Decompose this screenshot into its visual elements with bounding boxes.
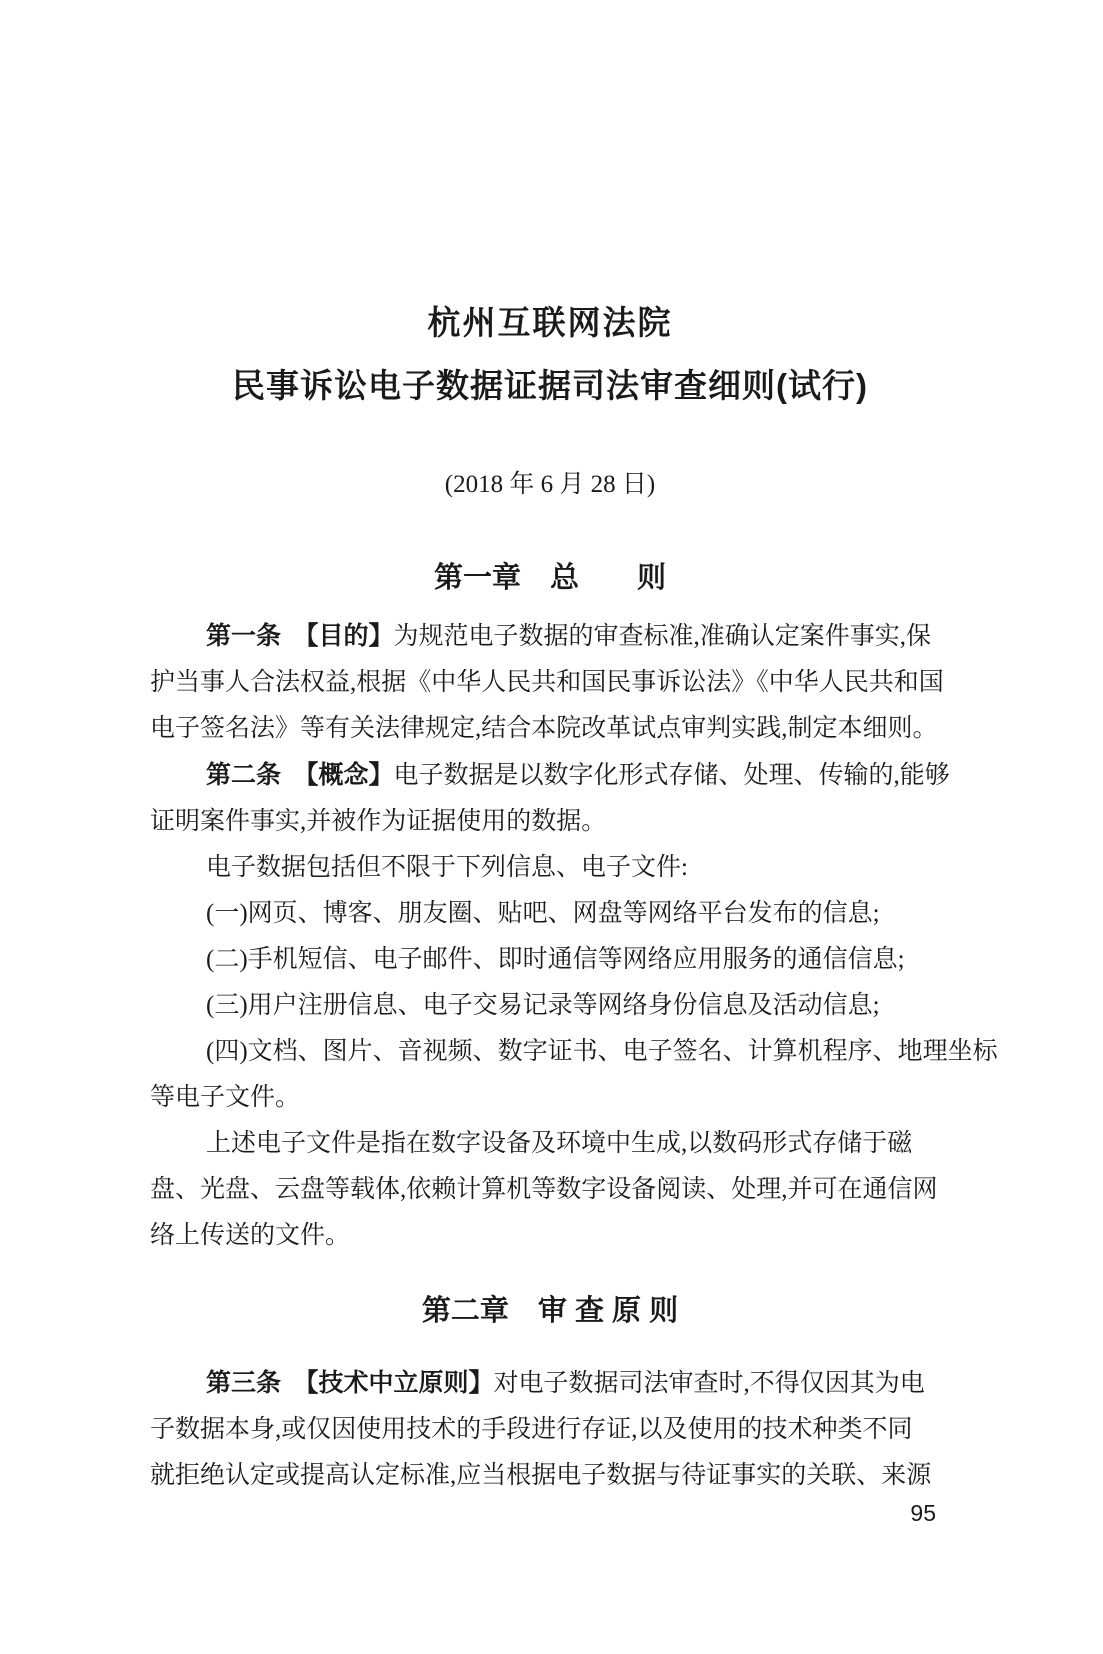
body-line: 上述电子文件是指在数字设备及环境中生成,以数码形式存储于磁 [150, 1121, 950, 1167]
article-label: 第三条 【技术中立原则】 [206, 1369, 494, 1397]
document-content: 杭州互联网法院 民事诉讼电子数据证据司法审查细则(试行) (2018 年 6 月… [150, 300, 950, 1527]
line-text: 子数据本身,或仅因使用技术的手段进行存证,以及使用的技术种类不同 [150, 1416, 913, 1443]
body-line: 电子数据包括但不限于下列信息、电子文件: [150, 845, 950, 891]
line-text: 络上传送的文件。 [150, 1222, 350, 1249]
article-label: 第二条 【概念】 [206, 761, 394, 789]
body-line: 第二条 【概念】电子数据是以数字化形式存储、处理、传输的,能够 [150, 752, 950, 799]
document-title-line2: 民事诉讼电子数据证据司法审查细则(试行) [150, 363, 950, 408]
body-line: (四)文档、图片、音视频、数字证书、电子签名、计算机程序、地理坐标 [150, 1029, 950, 1075]
body-line: 就拒绝认定或提高认定标准,应当根据电子数据与待证事实的关联、来源 [150, 1453, 950, 1499]
line-text: 上述电子文件是指在数字设备及环境中生成,以数码形式存储于磁 [206, 1130, 912, 1157]
document-date: (2018 年 6 月 28 日) [150, 470, 950, 500]
body-line: 护当事人合法权益,根据《中华人民共和国民事诉讼法》《中华人民共和国 [150, 660, 950, 706]
body-line: (一)网页、博客、朋友圈、贴吧、网盘等网络平台发布的信息; [150, 891, 950, 937]
chapter-2-heading: 第二章 审 查 原 则 [150, 1293, 950, 1329]
chapter-2-body: 第三条 【技术中立原则】对电子数据司法审查时,不得仅因其为电 子数据本身,或仅因… [150, 1360, 950, 1499]
line-text: 为规范电子数据的审查标准,准确认定案件事实,保 [394, 623, 932, 650]
document-title-line1: 杭州互联网法院 [150, 300, 950, 345]
line-text: 对电子数据司法审查时,不得仅因其为电 [494, 1370, 925, 1397]
body-line: 盘、光盘、云盘等载体,依赖计算机等数字设备阅读、处理,并可在通信网 [150, 1167, 950, 1213]
line-text: 证明案件事实,并被作为证据使用的数据。 [150, 808, 606, 835]
line-text: 电子签名法》等有关法律规定,结合本院改革试点审判实践,制定本细则。 [150, 715, 938, 742]
line-text: 电子数据是以数字化形式存储、处理、传输的,能够 [394, 762, 950, 789]
body-line: 络上传送的文件。 [150, 1213, 950, 1259]
line-text: 盘、光盘、云盘等载体,依赖计算机等数字设备阅读、处理,并可在通信网 [150, 1176, 938, 1203]
chapter-1-body: 第一条 【目的】为规范电子数据的审查标准,准确认定案件事实,保 护当事人合法权益… [150, 613, 950, 1259]
chapter-1-heading: 第一章 总 则 [150, 560, 950, 596]
line-text: (一)网页、博客、朋友圈、贴吧、网盘等网络平台发布的信息; [206, 900, 880, 927]
body-line: 证明案件事实,并被作为证据使用的数据。 [150, 799, 950, 845]
line-text: (四)文档、图片、音视频、数字证书、电子签名、计算机程序、地理坐标 [206, 1038, 998, 1065]
body-line: 第三条 【技术中立原则】对电子数据司法审查时,不得仅因其为电 [150, 1360, 950, 1407]
page-number: 95 [150, 1499, 950, 1527]
line-text: (二)手机短信、电子邮件、即时通信等网络应用服务的通信信息; [206, 946, 905, 973]
line-text: 等电子文件。 [150, 1084, 300, 1111]
line-text: 就拒绝认定或提高认定标准,应当根据电子数据与待证事实的关联、来源 [150, 1462, 931, 1489]
line-text: 护当事人合法权益,根据《中华人民共和国民事诉讼法》《中华人民共和国 [150, 669, 944, 696]
line-text: 电子数据包括但不限于下列信息、电子文件: [206, 854, 688, 881]
body-line: 第一条 【目的】为规范电子数据的审查标准,准确认定案件事实,保 [150, 613, 950, 660]
body-line: (三)用户注册信息、电子交易记录等网络身份信息及活动信息; [150, 983, 950, 1029]
article-label: 第一条 【目的】 [206, 622, 394, 650]
line-text: (三)用户注册信息、电子交易记录等网络身份信息及活动信息; [206, 992, 880, 1019]
body-line: 等电子文件。 [150, 1075, 950, 1121]
body-line: 子数据本身,或仅因使用技术的手段进行存证,以及使用的技术种类不同 [150, 1407, 950, 1453]
document-page: 杭州互联网法院 民事诉讼电子数据证据司法审查细则(试行) (2018 年 6 月… [0, 0, 1103, 1654]
body-line: 电子签名法》等有关法律规定,结合本院改革试点审判实践,制定本细则。 [150, 706, 950, 752]
body-line: (二)手机短信、电子邮件、即时通信等网络应用服务的通信信息; [150, 937, 950, 983]
